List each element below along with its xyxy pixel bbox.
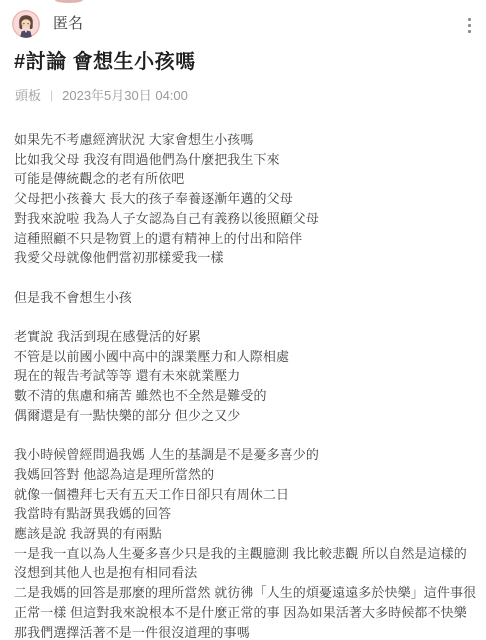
post-body-line: 沒想到其他人也是抱有相同看法 <box>14 563 486 583</box>
post-body-line: 不管是以前國小國中高中的課業壓力和人際相處 <box>14 347 486 367</box>
post-body-line: 比如我父母 我沒有問過他們為什麼把我生下來 <box>14 150 486 170</box>
board-name[interactable]: 頭板 <box>15 87 41 104</box>
post-title: #討論 會想生小孩嗎 <box>14 49 196 75</box>
post-body-line: 老實說 我活到現在感覺活的好累 <box>14 327 486 347</box>
post-body-line: 我當時有點訝異我媽的回答 <box>14 504 486 524</box>
kebab-menu-icon[interactable] <box>464 15 474 35</box>
post-body-line: 我小時候曾經問過我媽 人生的基調是不是憂多喜少的 <box>14 445 486 465</box>
post-body-line <box>14 307 486 327</box>
post-body-line: 現在的報告考試等等 還有未來就業壓力 <box>14 366 486 386</box>
post-body-line: 正常一樣 但這對我來說根本不是什麼正常的事 因為如果活著大多時候都不快樂 <box>14 603 486 623</box>
post-body-line: 如果先不考慮經濟狀況 大家會想生小孩嗎 <box>14 130 486 150</box>
post-body-line: 父母把小孩養大 長大的孩子奉養逐漸年邁的父母 <box>14 189 486 209</box>
post-body-line: 二是我媽的回答是那麼的理所當然 就彷彿「人生的煩憂遠遠多於快樂」這件事很 <box>14 583 486 603</box>
username-label: 匿名 <box>53 16 83 32</box>
post-header: 匿名 <box>0 0 486 48</box>
post-body-line: 應該是說 我訝異的有兩點 <box>14 524 486 544</box>
meta-separator: | <box>50 87 53 104</box>
post-body-line: 可能是傳統觀念的老有所依吧 <box>14 169 486 189</box>
post-body-line: 對我來說啦 我為人子女認為自己有義務以後照顧父母 <box>14 209 486 229</box>
post-body-line: 偶爾還是有一點快樂的部分 但少之又少 <box>14 406 486 426</box>
post-body-line <box>14 426 486 446</box>
post-body: 如果先不考慮經濟狀況 大家會想生小孩嗎比如我父母 我沒有問過他們為什麼把我生下來… <box>14 130 486 640</box>
post-body-line: 那我們選擇活著不是一件很沒道理的事嗎 <box>14 623 486 640</box>
post-body-line: 一是我一直以為人生憂多喜少只是我的主觀臆測 我比較悲觀 所以自然是這樣的 <box>14 544 486 564</box>
post-body-line: 我愛父母就像他們當初那樣愛我一樣 <box>14 248 486 268</box>
post-meta-row: 頭板 | 2023年5月30日 04:00 <box>15 87 188 104</box>
post-timestamp: 2023年5月30日 04:00 <box>62 87 188 104</box>
post-body-line: 這種照顧不只是物質上的還有精神上的付出和陪伴 <box>14 229 486 249</box>
anonymous-avatar-icon[interactable] <box>12 10 40 38</box>
post-body-line <box>14 268 486 288</box>
post-body-line: 我媽回答對 他認為這是理所當然的 <box>14 465 486 485</box>
post-body-line: 但是我不會想生小孩 <box>14 288 486 308</box>
post-page: 匿名 #討論 會想生小孩嗎 頭板 | 2023年5月30日 04:00 如果先不… <box>0 0 486 640</box>
post-body-line: 就像一個禮拜七天有五天工作日卻只有周休二日 <box>14 485 486 505</box>
post-body-line: 數不清的焦慮和痛苦 雖然也不全然是難受的 <box>14 386 486 406</box>
